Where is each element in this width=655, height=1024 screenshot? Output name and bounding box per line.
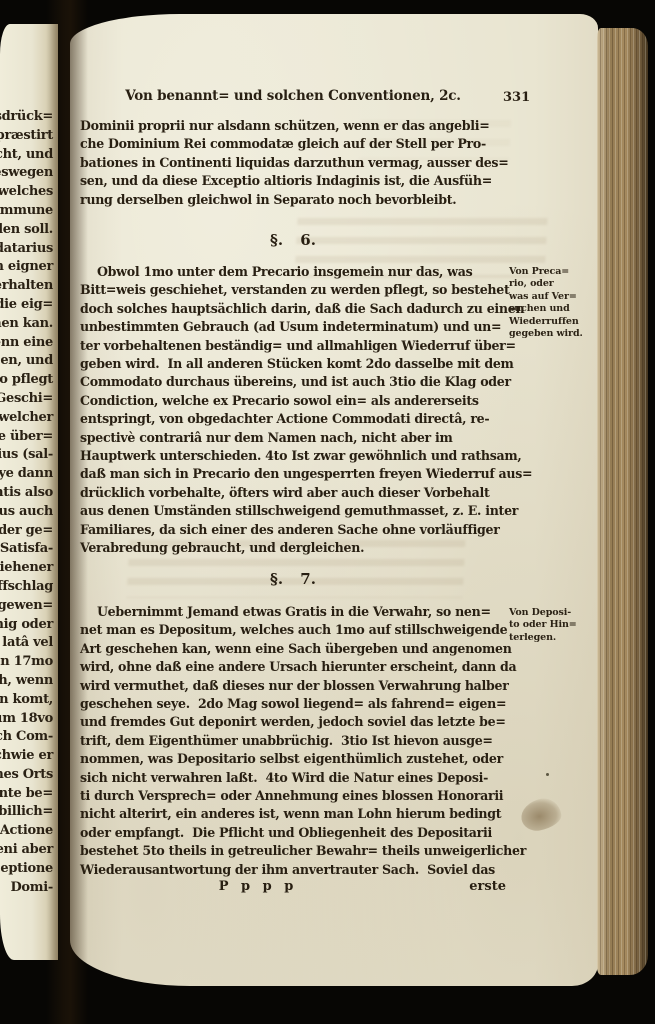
footer-row: P p p p erste [80, 879, 506, 899]
signature-mark: P p p p [80, 879, 436, 894]
section-7-heading: §. 7. [80, 570, 506, 588]
catchword: erste [469, 879, 506, 894]
section-7-paragraph: Uebernimmt Jemand etwas Gratis in die Ve… [80, 603, 526, 879]
facing-page-strip: ausdrück= præstirt icht, und deswegen , … [0, 24, 58, 960]
margin-note-precario: Von Preca= rio, oder was auf Ver= suchen… [509, 266, 599, 340]
book-fore-edge [597, 28, 648, 975]
section-6-heading: §. 6. [80, 231, 506, 249]
margin-note-deposito: Von Deposi- to oder Hin= terlegen. [509, 607, 599, 644]
running-header: Von benannt= und solchen Conventionen, 2… [80, 88, 506, 104]
paragraph-continued: Dominii proprii nur alsdann schützen, we… [80, 117, 508, 209]
section-6-paragraph: Obwol 1mo unter dem Precario insgemein n… [80, 263, 532, 558]
facing-page-fragments: ausdrück= præstirt icht, und deswegen , … [0, 108, 53, 897]
page-number: 331 [503, 90, 547, 105]
ink-dot [546, 773, 549, 776]
book-scan: ausdrück= præstirt icht, und deswegen , … [0, 0, 655, 1024]
